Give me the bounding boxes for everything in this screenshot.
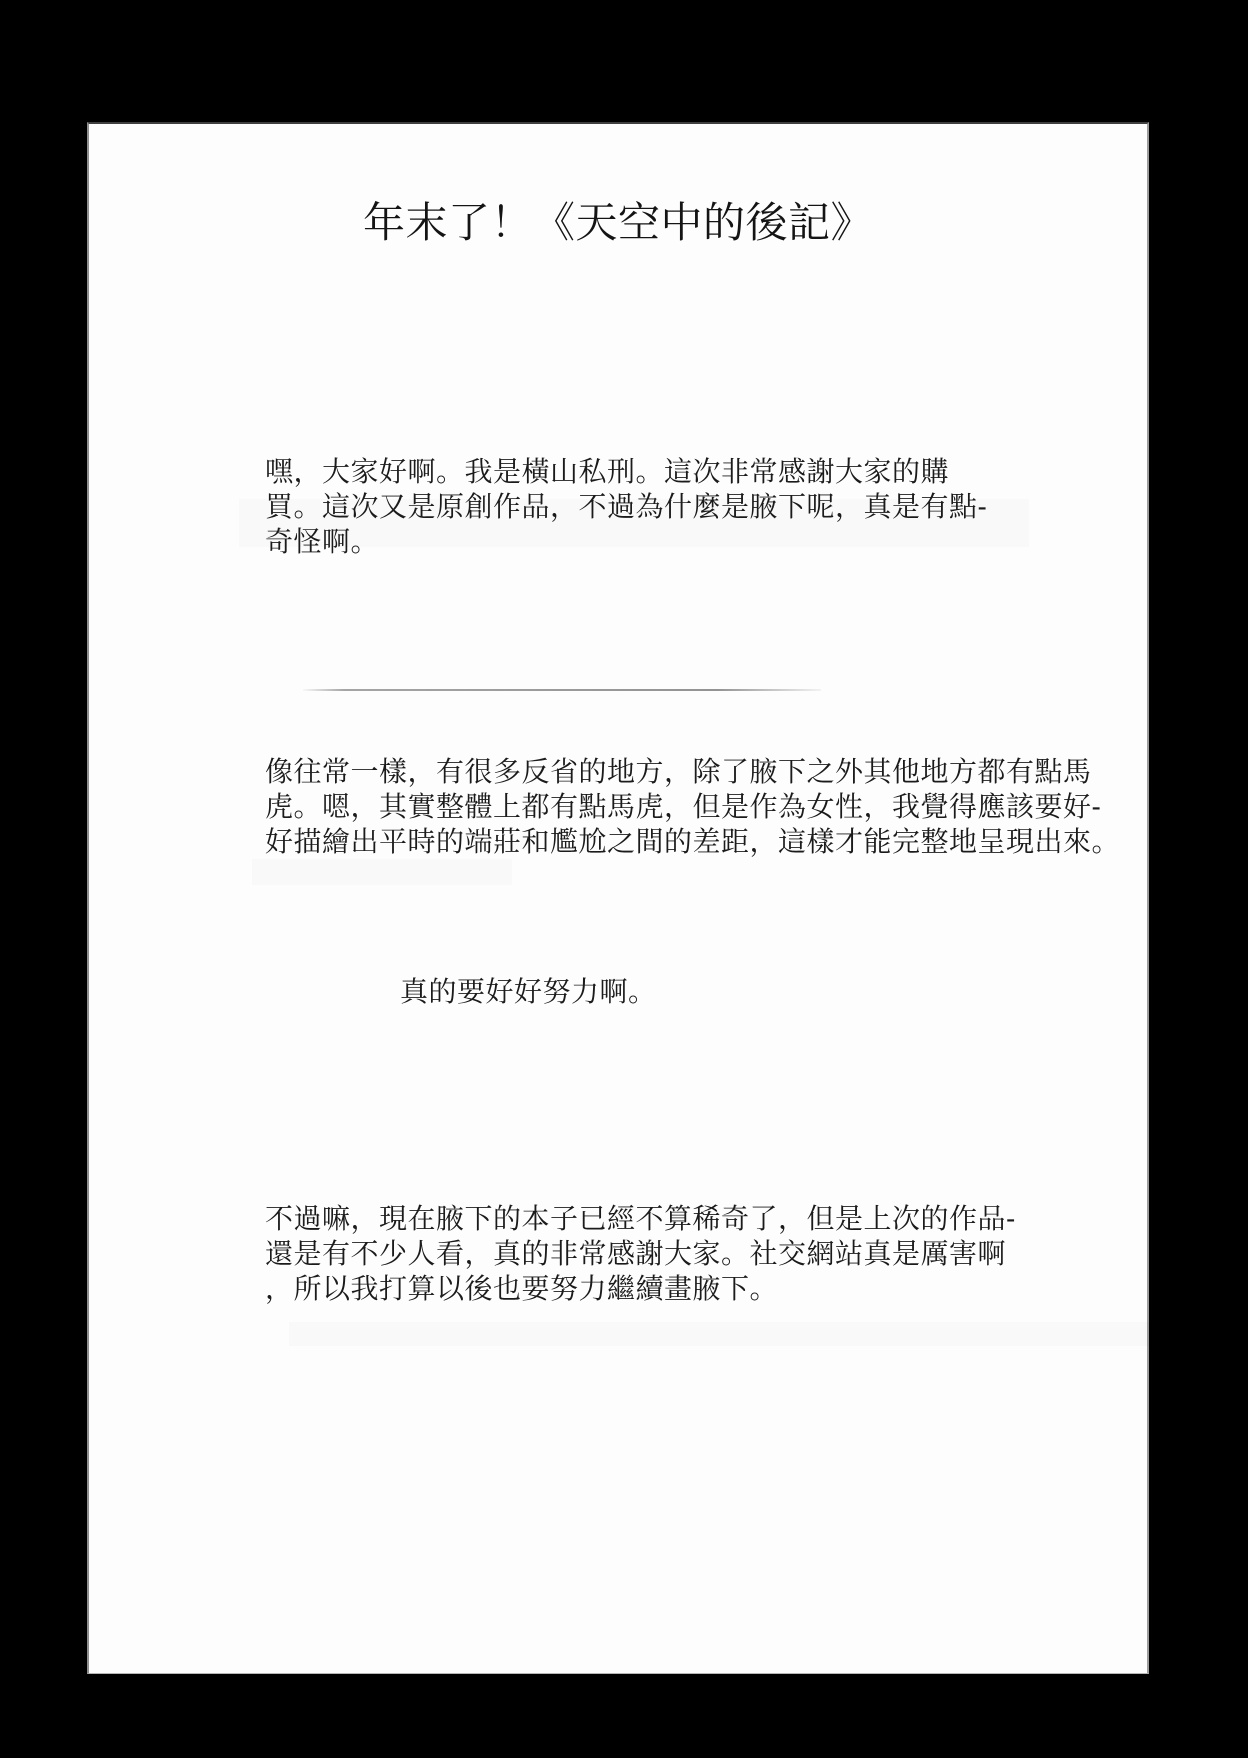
paragraph-closing: 不過嘛，現在腋下的本子已經不算稀奇了，但是上次的作品- 還是有不少人看，真的非常… xyxy=(265,1201,1016,1306)
text-line: 還是有不少人看，真的非常感謝大家。社交網站真是厲害啊 xyxy=(265,1236,1016,1271)
scan-artifact xyxy=(289,1322,1149,1346)
text-line: 奇怪啊。 xyxy=(265,524,987,559)
text-line: 像往常一樣，有很多反省的地方，除了腋下之外其他地方都有點馬 xyxy=(265,754,1120,789)
page-title: 年末了！《天空中的後記》 xyxy=(89,190,1147,250)
scan-artifact xyxy=(252,859,512,885)
document-page: 年末了！《天空中的後記》 嘿，大家好啊。我是橫山私刑。這次非常感謝大家的購 買。… xyxy=(87,122,1149,1674)
paragraph-resolve: 真的要好好努力啊。 xyxy=(400,974,657,1009)
text-line: 好描繪出平時的端莊和尷尬之間的差距，這樣才能完整地呈現出來。 xyxy=(265,824,1120,859)
text-line: 虎。嗯，其實整體上都有點馬虎，但是作為女性，我覺得應該要好- xyxy=(265,789,1120,824)
page-background: 年末了！《天空中的後記》 嘿，大家好啊。我是橫山私刑。這次非常感謝大家的購 買。… xyxy=(0,0,1248,1758)
text-line: 真的要好好努力啊。 xyxy=(400,974,657,1009)
divider-line xyxy=(303,689,821,691)
text-line: ，所以我打算以後也要努力繼續畫腋下。 xyxy=(265,1271,1016,1306)
paragraph-intro: 嘿，大家好啊。我是橫山私刑。這次非常感謝大家的購 買。這次又是原創作品，不過為什… xyxy=(265,454,987,559)
paragraph-reflection: 像往常一樣，有很多反省的地方，除了腋下之外其他地方都有點馬 虎。嗯，其實整體上都… xyxy=(265,754,1120,859)
text-line: 嘿，大家好啊。我是橫山私刑。這次非常感謝大家的購 xyxy=(265,454,987,489)
text-line: 買。這次又是原創作品，不過為什麼是腋下呢，真是有點- xyxy=(265,489,987,524)
text-line: 不過嘛，現在腋下的本子已經不算稀奇了，但是上次的作品- xyxy=(265,1201,1016,1236)
